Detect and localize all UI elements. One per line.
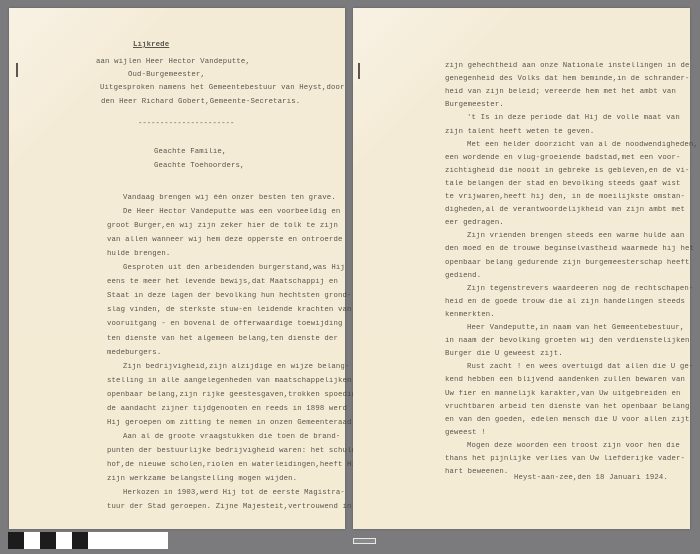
text-line: eens te meer het levende bewijs,dat Maat…: [107, 278, 338, 286]
text-line: thans het pijnlijke verlies van Uw liefd…: [445, 455, 685, 463]
text-line: zijn talent heeft weten te geven.: [445, 128, 594, 136]
text-line: Hij geroepen om zitting te nemen in onze…: [107, 419, 356, 427]
text-line: heid van zijn beleid; vereerde hem met h…: [445, 88, 676, 96]
document-page-left: Lijkrede aan wijlen Heer Hector Vandeput…: [9, 8, 345, 529]
text-line: kend hebben een blijvend aandenken zulle…: [445, 376, 685, 384]
text-line: eer gedragen.: [445, 219, 504, 227]
text-line: Zijn bedrijvigheid,zijn alzijdige en wij…: [123, 363, 349, 371]
text-line: in naam der bevolking groeten wij den ve…: [445, 337, 690, 345]
text-line: Geachte Toehoorders,: [154, 162, 245, 170]
text-line: Uw fier en mannelijk karakter,van Uw uit…: [445, 390, 681, 398]
text-line: geweest !: [445, 429, 486, 437]
text-line: te vrijwaren,heeft hij den, in de moeili…: [445, 193, 685, 201]
text-line: genegenheid des Volks dat hem beminde,in…: [445, 75, 690, 83]
text-line: Rust zacht ! en wees overtuigd dat allen…: [467, 363, 693, 371]
text-line: Uitgesproken namens het Gemeentebestuur …: [100, 84, 345, 92]
text-line: 't Is in deze periode dat Hij de volle m…: [467, 114, 680, 122]
text-line: zichtigheid die nooit in gebreke is gebl…: [445, 167, 690, 175]
text-line: kenmerkten.: [445, 311, 495, 319]
text-line: stelling in alle aangelegenheden van maa…: [107, 377, 352, 385]
scale-segment: [40, 532, 56, 549]
text-line: Burgemeester.: [445, 101, 504, 109]
scale-segment: [8, 532, 24, 549]
text-line: hulde brengen.: [107, 250, 170, 258]
margin-mark: [16, 63, 18, 77]
text-line: Aan al de groote vraagstukken die toen d…: [123, 433, 340, 441]
text-line: Herkozen in 1903,werd Hij tot de eerste …: [123, 489, 345, 497]
text-line: De Heer Hector Vandeputte was een voorbe…: [123, 208, 340, 216]
text-line: Staat in deze lagen der bevolking hun he…: [107, 292, 352, 300]
text-line: vruchtbaren arbeid ten dienste van het o…: [445, 403, 690, 411]
text-line: aan wijlen Heer Hector Vandeputte,: [96, 58, 250, 66]
text-line: gediend.: [445, 272, 481, 280]
text-line: vooruitgang - en bovenal de offerwaardig…: [107, 320, 343, 328]
text-line: zijn werkzame belangstelling mogen wijde…: [107, 475, 297, 483]
margin-mark: [358, 63, 360, 79]
text-line: Zijn tegenstrevers waardeeren nog de rec…: [467, 285, 693, 293]
text-line: Mogen deze woorden een troost zijn voor …: [467, 442, 680, 450]
text-line: hart beweenen.: [445, 468, 508, 476]
text-line: digheden,al de verantwoordelijkheid van …: [445, 206, 685, 214]
document-page-right: zijn gehechtheid aan onze Nationale inst…: [353, 8, 690, 529]
text-line: slag vinden, de sterkste stuw-en leidend…: [107, 306, 352, 314]
text-line: van allen wanneer wij hem deze opperste …: [107, 236, 343, 244]
text-line: Oud-Burgemeester,: [128, 71, 205, 79]
ruler-mark: [353, 538, 376, 544]
text-line: tale belangen der stad en bevolking stee…: [445, 180, 681, 188]
signature-line: Heyst-aan-zee,den 18 Januari 1924.: [514, 474, 668, 482]
text-line: de aandacht zijner tijdgenooten en reeds…: [107, 405, 347, 413]
text-line: hof,de nieuwe scholen,riolen en waterlei…: [107, 461, 361, 469]
text-line: en van den goeden, edelen mensch die U v…: [445, 416, 690, 424]
separator-line: ----------------------: [138, 120, 234, 128]
scale-segment: [24, 532, 40, 549]
scale-segment: [56, 532, 72, 549]
text-line: ten dienste van het algemeen belang,ten …: [107, 335, 338, 343]
text-line: zijn gehechtheid aan onze Nationale inst…: [445, 62, 690, 70]
text-line: openbaar belang gedurende zijn burgemees…: [445, 259, 690, 267]
scale-segment: [88, 532, 168, 549]
text-line: Heer Vandeputte,in naam van het Gemeente…: [467, 324, 684, 332]
text-line: den moed en de trouwe beginselvastheid w…: [445, 245, 694, 253]
text-line: Burger die U geweest zijt.: [445, 350, 563, 358]
text-line: Vandaag brengen wij één onzer besten ten…: [123, 194, 336, 202]
scale-segment: [72, 532, 88, 549]
text-line: Gesproten uit den arbeidenden burgerstan…: [123, 264, 345, 272]
color-scale-bar: [8, 532, 168, 549]
text-line: den Heer Richard Gobert,Gemeente-Secreta…: [101, 98, 300, 106]
text-line: punten der bestuurlijke bedrijvigheid wa…: [107, 447, 361, 455]
text-line: openbaar belang,zijn rijke geestesgaven,…: [107, 391, 356, 399]
text-line: Geachte Familie,: [154, 148, 226, 156]
document-title: Lijkrede: [133, 41, 169, 49]
text-line: Met een helder doorzicht van al de noodw…: [467, 141, 698, 149]
text-line: groot Burger,en wij zijn zeker hier de t…: [107, 222, 338, 230]
text-line: tuur der Stad geroepen. Zijne Majesteit,…: [107, 503, 352, 511]
text-line: heid en de goede trouw die al zijn hande…: [445, 298, 685, 306]
text-line: medeburgers.: [107, 349, 161, 357]
text-line: Zijn vrienden brengen steeds een warme h…: [467, 232, 684, 240]
text-line: een wordende en vlug-groeiende badstad,m…: [445, 154, 681, 162]
